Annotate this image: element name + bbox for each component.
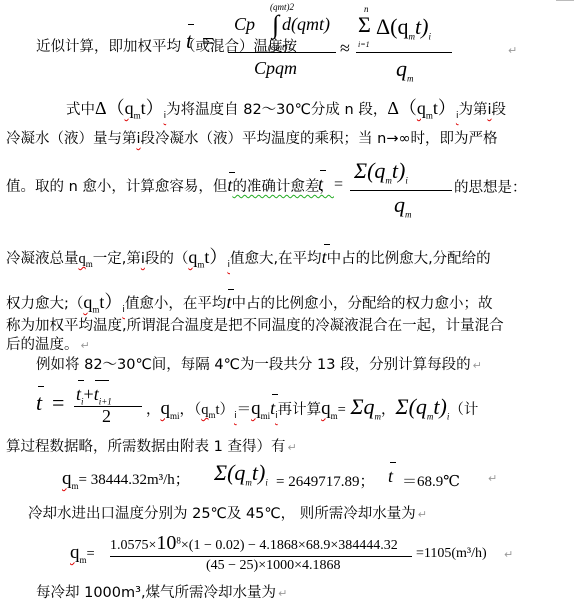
t-bar: t xyxy=(322,248,327,266)
para2-line2: 冷凝水（液）量与第i段冷凝水（液）平均温度的乘积；当 n→∞时，即为严格 xyxy=(6,130,498,148)
paragraph-mark: ↵ xyxy=(504,548,513,561)
paragraph-mark: ↵ xyxy=(418,508,427,521)
fraction-bar xyxy=(228,52,336,53)
integral-fraction: (qmt)2 Cp ∫ d(qmt) (qmt)1 Cpqm xyxy=(228,2,336,86)
paragraph-mark: ↵ xyxy=(488,472,497,485)
t-bar: t xyxy=(186,28,192,54)
sum-fraction: n Σ i=1 Δ(qmt)i qm xyxy=(356,2,456,86)
para4-line2: t = ti+ti+1 2 ，qmi，（qmt）i＝qmiti再计算qm= Σq… xyxy=(36,380,574,430)
cooling-line: 冷却水进出口温度分别为 25℃及 45℃， 则所需冷却水量为↵ xyxy=(28,505,427,524)
sum-qm: Σqm xyxy=(350,394,381,419)
paragraph-mark: ↵ xyxy=(81,339,90,352)
t-bar: t xyxy=(388,466,393,487)
fraction-bar xyxy=(350,190,452,191)
t-bar: t xyxy=(36,390,42,416)
cooling-formula: qm= 1.0575×108×(1 − 0.02) − 4.1868×68.9×… xyxy=(70,532,574,580)
cooling-last-line: 每冷却 1000m³,煤气所需冷却水量为↵ xyxy=(36,584,287,603)
para4-line3: 算过程数据略，所需数据由附表 1 查得）有↵ xyxy=(6,438,297,457)
integral-sign: ∫ xyxy=(272,10,279,40)
sigma-icon: Σ xyxy=(358,12,371,38)
t-bar: t xyxy=(270,398,275,419)
formula-t-mean: t = Σ(qmt)i qm 的思想是： xyxy=(318,158,568,218)
paragraph-mark: ↵ xyxy=(278,587,287,600)
sum-qmt: Σ(qmt)i xyxy=(396,394,450,419)
para3-line3: 称为加权平均温度,所谓混合温度是把不同温度的冷凝液混合在一起，计量混合 xyxy=(6,317,504,335)
page-corner-mark xyxy=(556,0,574,4)
para2-line3: 值。取的 n 愈小，计算愈容易，但t的准确计愈差， xyxy=(6,176,334,196)
para3-line1: 冷凝液总量qm一定,第i段的（qmt）i值愈大,在平均t中占的比例愈大,分配给的 xyxy=(6,248,491,274)
para4-line1: 例如将 82～30℃间，每隔 4℃为一段共分 13 段，分别计算每段的↵ xyxy=(36,356,482,375)
t-bar: t xyxy=(226,293,231,311)
paragraph-mark: ↵ xyxy=(287,441,296,454)
formula-weighted-average: t = (qmt)2 Cp ∫ d(qmt) (qmt)1 Cpqm ≈ n Σ… xyxy=(186,2,526,86)
t-bar: t xyxy=(318,174,323,195)
paragraph-mark: ↵ xyxy=(473,359,482,372)
results-line: qm= 38444.32m³/h； Σ(qmt)i = 2649717.89； … xyxy=(62,460,562,500)
fraction-bar xyxy=(110,556,412,557)
paragraph-mark: ↵ xyxy=(508,44,517,57)
para2-line1: 式中Δ（qmt）i为将温度自 82～30℃分成 n 段，Δ（qmt）i为第i段 xyxy=(66,99,506,125)
para3-line4: 后的温度。↵ xyxy=(6,336,90,355)
fraction-bar xyxy=(356,52,452,53)
t-bar: t xyxy=(227,176,232,194)
para3-line2: 权力愈大;（qmt）i值愈小，在平均t中占的比例愈小，分配给的权力愈小；故 xyxy=(6,293,492,319)
